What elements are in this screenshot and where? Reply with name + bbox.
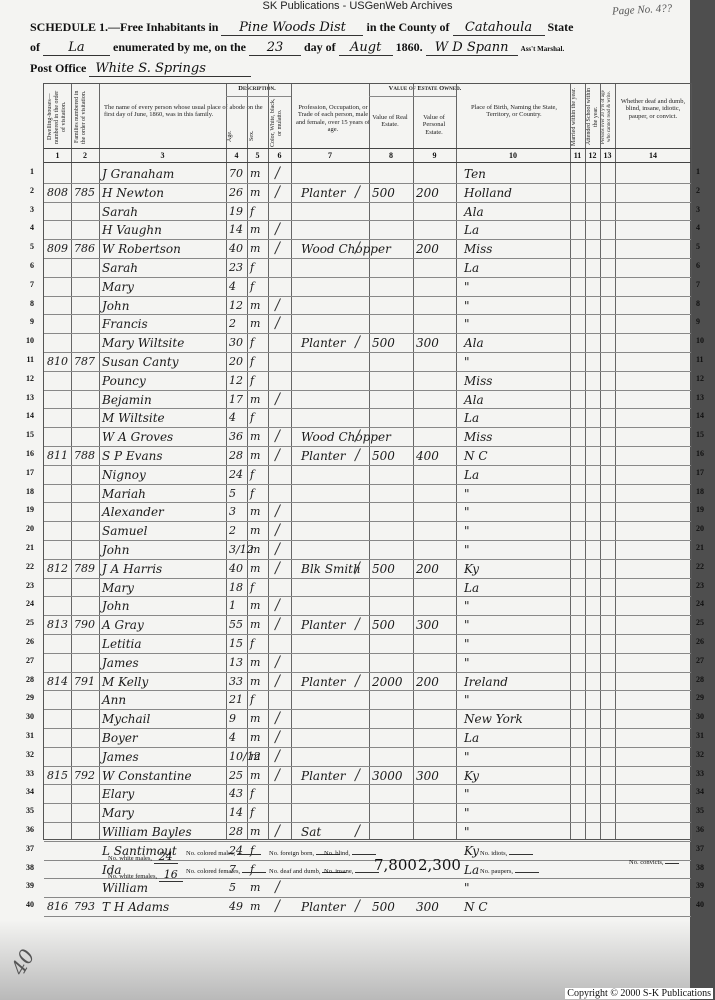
family-number: 785: [74, 183, 95, 202]
line-number-right: 23: [696, 581, 712, 590]
real-estate-total: 7,800: [374, 856, 417, 874]
line-number-right: 40: [696, 900, 712, 909]
foreign-born-label: No. foreign born,: [269, 850, 314, 857]
birthplace: ": [464, 803, 470, 822]
real-estate-value: 500: [372, 446, 395, 465]
real-estate-value: 500: [372, 615, 395, 634]
col-header-dwelling: Dwelling-houses—numbered in the order of…: [47, 88, 69, 146]
line-number-left: 38: [16, 863, 34, 872]
birthplace: Ky: [464, 766, 479, 785]
tally-mark: [274, 241, 282, 255]
birthplace: ": [464, 521, 470, 540]
line-number-left: 6: [16, 261, 34, 270]
occupation: Wood Chopper: [301, 239, 391, 258]
table-row: 33Sarah19fAla: [44, 202, 691, 221]
line-number-right: 24: [696, 599, 712, 608]
age: 28: [229, 446, 243, 465]
line-number-right: 36: [696, 825, 712, 834]
tally-mark: [354, 335, 362, 349]
sex: m: [250, 296, 260, 315]
personal-estate-value: 200: [416, 183, 439, 202]
birthplace: ": [464, 314, 470, 333]
person-name: Mychail: [102, 709, 150, 728]
table-row: 2828814791M Kelly33mPlanter2000200Irelan…: [44, 672, 691, 691]
age: 14: [229, 803, 243, 822]
table-row: 2020Samuel2m": [44, 521, 691, 540]
line-number-right: 27: [696, 656, 712, 665]
birthplace: Ala: [464, 333, 484, 352]
line-number-right: 33: [696, 769, 712, 778]
family-number: 792: [74, 766, 95, 785]
person-name: John: [102, 540, 130, 559]
person-name: T H Adams: [102, 897, 169, 916]
table-row: 2121John3/12m": [44, 540, 691, 559]
age: 4: [229, 408, 236, 427]
age: 4: [229, 277, 236, 296]
person-name: A Gray: [102, 615, 144, 634]
person-name: Bejamin: [102, 390, 152, 409]
line-number-left: 13: [16, 393, 34, 402]
col-header-personal-estate: Value of Personal Estate.: [414, 114, 454, 136]
person-name: Mariah: [102, 484, 146, 503]
birthplace: ": [464, 690, 470, 709]
line-number-right: 14: [696, 411, 712, 420]
age: 3: [229, 502, 236, 521]
convicts-label: No. convicts,: [629, 859, 663, 866]
line-number-left: 14: [16, 411, 34, 420]
sex: f: [250, 202, 254, 221]
age: 4: [229, 728, 236, 747]
age: 17: [229, 390, 243, 409]
schedule-label: SCHEDULE 1.—Free Inhabitants in: [30, 20, 218, 34]
tally-mark: [354, 617, 362, 631]
line-number-right: 17: [696, 468, 712, 477]
table-row: 1616811788S P Evans28mPlanter500400N C: [44, 446, 691, 465]
colored-males-value: [237, 854, 261, 855]
dwelling-number: 809: [47, 239, 68, 258]
line-number-left: 34: [16, 787, 34, 796]
table-row: 99Francis2m": [44, 314, 691, 333]
age: 20: [229, 352, 243, 371]
tally-mark: [274, 824, 282, 838]
sex: m: [250, 220, 260, 239]
table-row: 1313Bejamin17mAla: [44, 390, 691, 409]
dwelling-number: 813: [47, 615, 68, 634]
tally-mark: [354, 185, 362, 199]
table-row: 1818Mariah5f": [44, 484, 691, 503]
person-name: Letitia: [102, 634, 142, 653]
birthplace: Miss: [464, 371, 492, 390]
birthplace: New York: [464, 709, 523, 728]
person-name: H Newton: [102, 183, 164, 202]
line-number-right: 3: [696, 205, 712, 214]
birthplace: ": [464, 296, 470, 315]
tally-mark: [274, 899, 282, 913]
table-row: 22808785H Newton26mPlanter500200Holland: [44, 183, 691, 202]
line-number-left: 19: [16, 505, 34, 514]
column-number: 13: [600, 150, 615, 162]
person-name: Mary: [102, 803, 134, 822]
person-name: M Wiltsite: [102, 408, 165, 427]
birthplace: N C: [464, 897, 488, 916]
line-number-right: 4: [696, 223, 712, 232]
birthplace: Ala: [464, 202, 484, 221]
sex: m: [250, 897, 260, 916]
age: 55: [229, 615, 243, 634]
column-number: 3: [99, 150, 226, 162]
tally-mark: [274, 429, 282, 443]
paupers: No. paupers,: [480, 868, 539, 875]
occupation: Planter: [301, 446, 345, 465]
line-number-left: 18: [16, 487, 34, 496]
column-number: 8: [369, 150, 413, 162]
age: 30: [229, 333, 243, 352]
line-number-right: 13: [696, 393, 712, 402]
tally-mark: [274, 730, 282, 744]
table-row: 11J Granaham70mTen: [44, 164, 691, 183]
year-label: 1860.: [396, 40, 423, 54]
tally-mark: [274, 223, 282, 237]
birthplace: Holland: [464, 183, 512, 202]
sex: f: [250, 352, 254, 371]
birthplace: ": [464, 747, 470, 766]
family-number: 791: [74, 672, 95, 691]
line-number-left: 8: [16, 299, 34, 308]
table-row: 2525813790A Gray55mPlanter500300": [44, 615, 691, 634]
sex: m: [250, 747, 260, 766]
line-number-left: 3: [16, 205, 34, 214]
group-header-estate: Value of Estate Owned.: [366, 85, 484, 92]
sex: m: [250, 164, 260, 183]
person-name: W Robertson: [102, 239, 181, 258]
age: 1: [229, 596, 236, 615]
white-males-label: No. white males,: [108, 855, 152, 862]
occupation: Planter: [301, 183, 345, 202]
marshal-label: Ass't Marshal.: [521, 45, 565, 53]
sex: f: [250, 784, 254, 803]
person-name: William Bayles: [102, 822, 192, 841]
colored-females: No. colored females,: [186, 868, 266, 875]
line-number-right: 6: [696, 261, 712, 270]
white-females: No. white females, 16: [108, 868, 183, 882]
sex: m: [250, 314, 260, 333]
person-name: John: [102, 596, 130, 615]
birthplace: Miss: [464, 239, 492, 258]
age: 18: [229, 578, 243, 597]
col-header-name: The name of every person whose usual pla…: [104, 104, 264, 119]
column-number: 10: [456, 150, 570, 162]
line-number-right: 22: [696, 562, 712, 571]
census-table: Dwelling-houses—numbered in the order of…: [43, 83, 692, 840]
line-number-right: 7: [696, 280, 712, 289]
table-row: 66Sarah23fLa: [44, 258, 691, 277]
line-number-left: 25: [16, 618, 34, 627]
month-value: Augt: [339, 40, 393, 56]
age: 40: [229, 239, 243, 258]
personal-estate-value: 300: [416, 615, 439, 634]
line-number-right: 5: [696, 242, 712, 251]
table-row: 3030Mychail9mNew York: [44, 709, 691, 728]
table-row: 3131Boyer4mLa: [44, 728, 691, 747]
col-header-school: Attended School within the year.: [586, 88, 598, 146]
tally-mark: [274, 599, 282, 613]
line-number-left: 37: [16, 844, 34, 853]
age: 2: [229, 314, 236, 333]
line-number-left: 10: [16, 336, 34, 345]
age: 25: [229, 766, 243, 785]
occupation: Wood Chopper: [301, 427, 391, 446]
dwelling-number: 816: [47, 897, 68, 916]
occupation: Planter: [301, 615, 345, 634]
dwelling-number: 808: [47, 183, 68, 202]
column-number: 9: [413, 150, 456, 162]
real-estate-value: 500: [372, 183, 395, 202]
line-number-left: 12: [16, 374, 34, 383]
blind-value: [352, 854, 376, 855]
line-number-right: 10: [696, 336, 712, 345]
col-header-birthplace: Place of Birth, Naming the State, Territ…: [460, 104, 568, 119]
personal-estate-total: 2,300: [418, 856, 461, 874]
birthplace: ": [464, 502, 470, 521]
line-number-right: 25: [696, 618, 712, 627]
birthplace: La: [464, 220, 479, 239]
tally-mark: [274, 166, 282, 180]
day-label: day of: [304, 40, 336, 54]
line-number-left: 40: [16, 900, 34, 909]
table-row: 1010Mary Wiltsite30fPlanter500300Ala: [44, 333, 691, 352]
sex: f: [250, 484, 254, 503]
birthplace: ": [464, 784, 470, 803]
white-males: No. white males, 24: [108, 850, 178, 864]
person-name: W Constantine: [102, 766, 192, 785]
occupation: Planter: [301, 897, 345, 916]
sex: m: [250, 653, 260, 672]
person-name: H Vaughn: [102, 220, 162, 239]
idiots-value: [509, 854, 533, 855]
person-name: Boyer: [102, 728, 138, 747]
sex: f: [250, 465, 254, 484]
tally-mark: [354, 674, 362, 688]
line-number-left: 9: [16, 317, 34, 326]
dwelling-number: 811: [47, 446, 68, 465]
line-number-left: 35: [16, 806, 34, 815]
family-number: 793: [74, 897, 95, 916]
tally-mark: [354, 899, 362, 913]
column-number: 2: [71, 150, 99, 162]
col-header-color: Color, White, black, or mulatto.: [270, 98, 288, 148]
age: 70: [229, 164, 243, 183]
person-name: Elary: [102, 784, 134, 803]
personal-estate-value: 200: [416, 672, 439, 691]
line-number-left: 30: [16, 712, 34, 721]
sex: m: [250, 596, 260, 615]
tally-mark: [354, 824, 362, 838]
line-number-left: 20: [16, 524, 34, 533]
line-number-right: 29: [696, 693, 712, 702]
table-row: 1414M Wiltsite4fLa: [44, 408, 691, 427]
line-number-right: 21: [696, 543, 712, 552]
row-rule: [44, 916, 691, 917]
tally-mark: [274, 448, 282, 462]
personal-estate-value: 300: [416, 897, 439, 916]
state-label: State: [548, 20, 574, 34]
age: 43: [229, 784, 243, 803]
column-number: 1: [44, 150, 71, 162]
birthplace: La: [464, 408, 479, 427]
header-rule: [44, 162, 691, 163]
birthplace: ": [464, 540, 470, 559]
age: 15: [229, 634, 243, 653]
sex: f: [250, 408, 254, 427]
table-row: 4040816793T H Adams49mPlanter500300N C: [44, 897, 691, 916]
white-males-value: 24: [154, 850, 178, 864]
line-number-left: 15: [16, 430, 34, 439]
birthplace: ": [464, 484, 470, 503]
person-name: W A Groves: [102, 427, 173, 446]
family-number: 787: [74, 352, 95, 371]
birthplace: ": [464, 634, 470, 653]
line-number-right: 38: [696, 863, 712, 872]
insane-label: No. insane,: [324, 868, 353, 875]
real-estate-value: 500: [372, 559, 395, 578]
birthplace: ": [464, 596, 470, 615]
age: 26: [229, 183, 243, 202]
colored-females-label: No. colored females,: [186, 868, 240, 875]
idiots: No. idiots,: [480, 850, 533, 857]
sex: m: [250, 540, 260, 559]
line-number-left: 27: [16, 656, 34, 665]
person-name: Ann: [102, 690, 126, 709]
occupation: Sat: [301, 822, 321, 841]
paupers-label: No. paupers,: [480, 868, 513, 875]
table-row: 77Mary4f": [44, 277, 691, 296]
birthplace: La: [464, 465, 479, 484]
line-number-left: 2: [16, 186, 34, 195]
age: 12: [229, 371, 243, 390]
line-number-left: 22: [16, 562, 34, 571]
column-number: 6: [268, 150, 291, 162]
line-number-left: 26: [16, 637, 34, 646]
line-number-right: 31: [696, 731, 712, 740]
tally-mark: [274, 523, 282, 537]
marshal-value: W D Spann: [426, 40, 518, 56]
table-row: 3636William Bayles28mSat": [44, 822, 691, 841]
line-number-left: 32: [16, 750, 34, 759]
line-number-left: 39: [16, 881, 34, 890]
personal-estate-value: 300: [416, 333, 439, 352]
line-number-right: 32: [696, 750, 712, 759]
birthplace: La: [464, 728, 479, 747]
copyright-notice: Copyright © 2000 S-K Publications: [565, 988, 713, 999]
person-name: Sarah: [102, 202, 138, 221]
age: 40: [229, 559, 243, 578]
dwelling-number: 814: [47, 672, 68, 691]
deaf-dumb-label: No. deaf and dumb,: [269, 868, 320, 875]
colored-males-label: No. colored males,: [186, 850, 235, 857]
age: 2: [229, 521, 236, 540]
line-number-left: 21: [16, 543, 34, 552]
line-number-left: 16: [16, 449, 34, 458]
sex: m: [250, 446, 260, 465]
occupation: Planter: [301, 766, 345, 785]
person-name: Susan Canty: [102, 352, 178, 371]
locality-value: Pine Woods Dist: [221, 20, 363, 36]
birthplace: Ten: [464, 164, 486, 183]
schedule-header-line-3: Post Office White S. Springs: [30, 61, 251, 77]
birthplace: La: [464, 578, 479, 597]
group-header-description: Description.: [224, 85, 290, 92]
sex: m: [250, 728, 260, 747]
table-row: 1919Alexander3m": [44, 502, 691, 521]
table-row: 1515W A Groves36mWood ChopperMiss: [44, 427, 691, 446]
tally-mark: [274, 317, 282, 331]
colored-males: No. colored males,: [186, 850, 261, 857]
tally-mark: [274, 392, 282, 406]
line-number-right: 8: [696, 299, 712, 308]
tally-mark: [274, 561, 282, 575]
group-header-rule: [369, 96, 456, 97]
convicts: No. convicts,: [629, 859, 679, 866]
table-row: 55809786W Robertson40mWood Chopper200Mis…: [44, 239, 691, 258]
occupation: Blk Smith: [301, 559, 361, 578]
schedule-header-line-2: of La enumerated by me, on the 23 day of…: [30, 40, 564, 56]
summary-footer: No. white males, 24 No. white females, 1…: [44, 842, 691, 886]
person-name: Sarah: [102, 258, 138, 277]
personal-estate-value: 300: [416, 766, 439, 785]
table-row: 3535Mary14f": [44, 803, 691, 822]
real-estate-value: 3000: [372, 766, 403, 785]
line-number-right: 39: [696, 881, 712, 890]
person-name: Samuel: [102, 521, 147, 540]
col-header-married: Married within the year.: [571, 88, 583, 146]
line-number-left: 23: [16, 581, 34, 590]
tally-mark: [274, 542, 282, 556]
tally-mark: [274, 298, 282, 312]
county-label: in the County of: [366, 20, 449, 34]
sex: f: [250, 258, 254, 277]
tally-mark: [274, 711, 282, 725]
family-number: 786: [74, 239, 95, 258]
sex: m: [250, 672, 260, 691]
sex: f: [250, 803, 254, 822]
line-number-left: 24: [16, 599, 34, 608]
line-number-right: 30: [696, 712, 712, 721]
col-header-occupation: Profession, Occupation, or Trade of each…: [294, 104, 372, 134]
birthplace: ": [464, 352, 470, 371]
occupation: Planter: [301, 333, 345, 352]
table-row: 2727James13m": [44, 653, 691, 672]
person-name: James: [102, 653, 139, 672]
col-header-illiterate: Persons over 20 y'rs of age who cannot r…: [601, 88, 613, 146]
line-number-right: 20: [696, 524, 712, 533]
table-row: 2222812789J A Harris40mBlk Smith500200Ky: [44, 559, 691, 578]
age: 23: [229, 258, 243, 277]
enumerated-label: enumerated by me, on the: [113, 40, 246, 54]
sex: f: [250, 578, 254, 597]
line-number-left: 7: [16, 280, 34, 289]
col-header-real-estate: Value of Real Estate.: [370, 114, 410, 129]
dwelling-number: 812: [47, 559, 68, 578]
age: 36: [229, 427, 243, 446]
person-name: Mary Wiltsite: [102, 333, 184, 352]
tally-mark: [274, 617, 282, 631]
occupation: Planter: [301, 672, 345, 691]
post-office-value: White S. Springs: [89, 61, 251, 77]
person-name: Alexander: [102, 502, 164, 521]
column-number: 4: [226, 150, 247, 162]
person-name: Mary: [102, 578, 134, 597]
day-value: 23: [249, 40, 301, 56]
